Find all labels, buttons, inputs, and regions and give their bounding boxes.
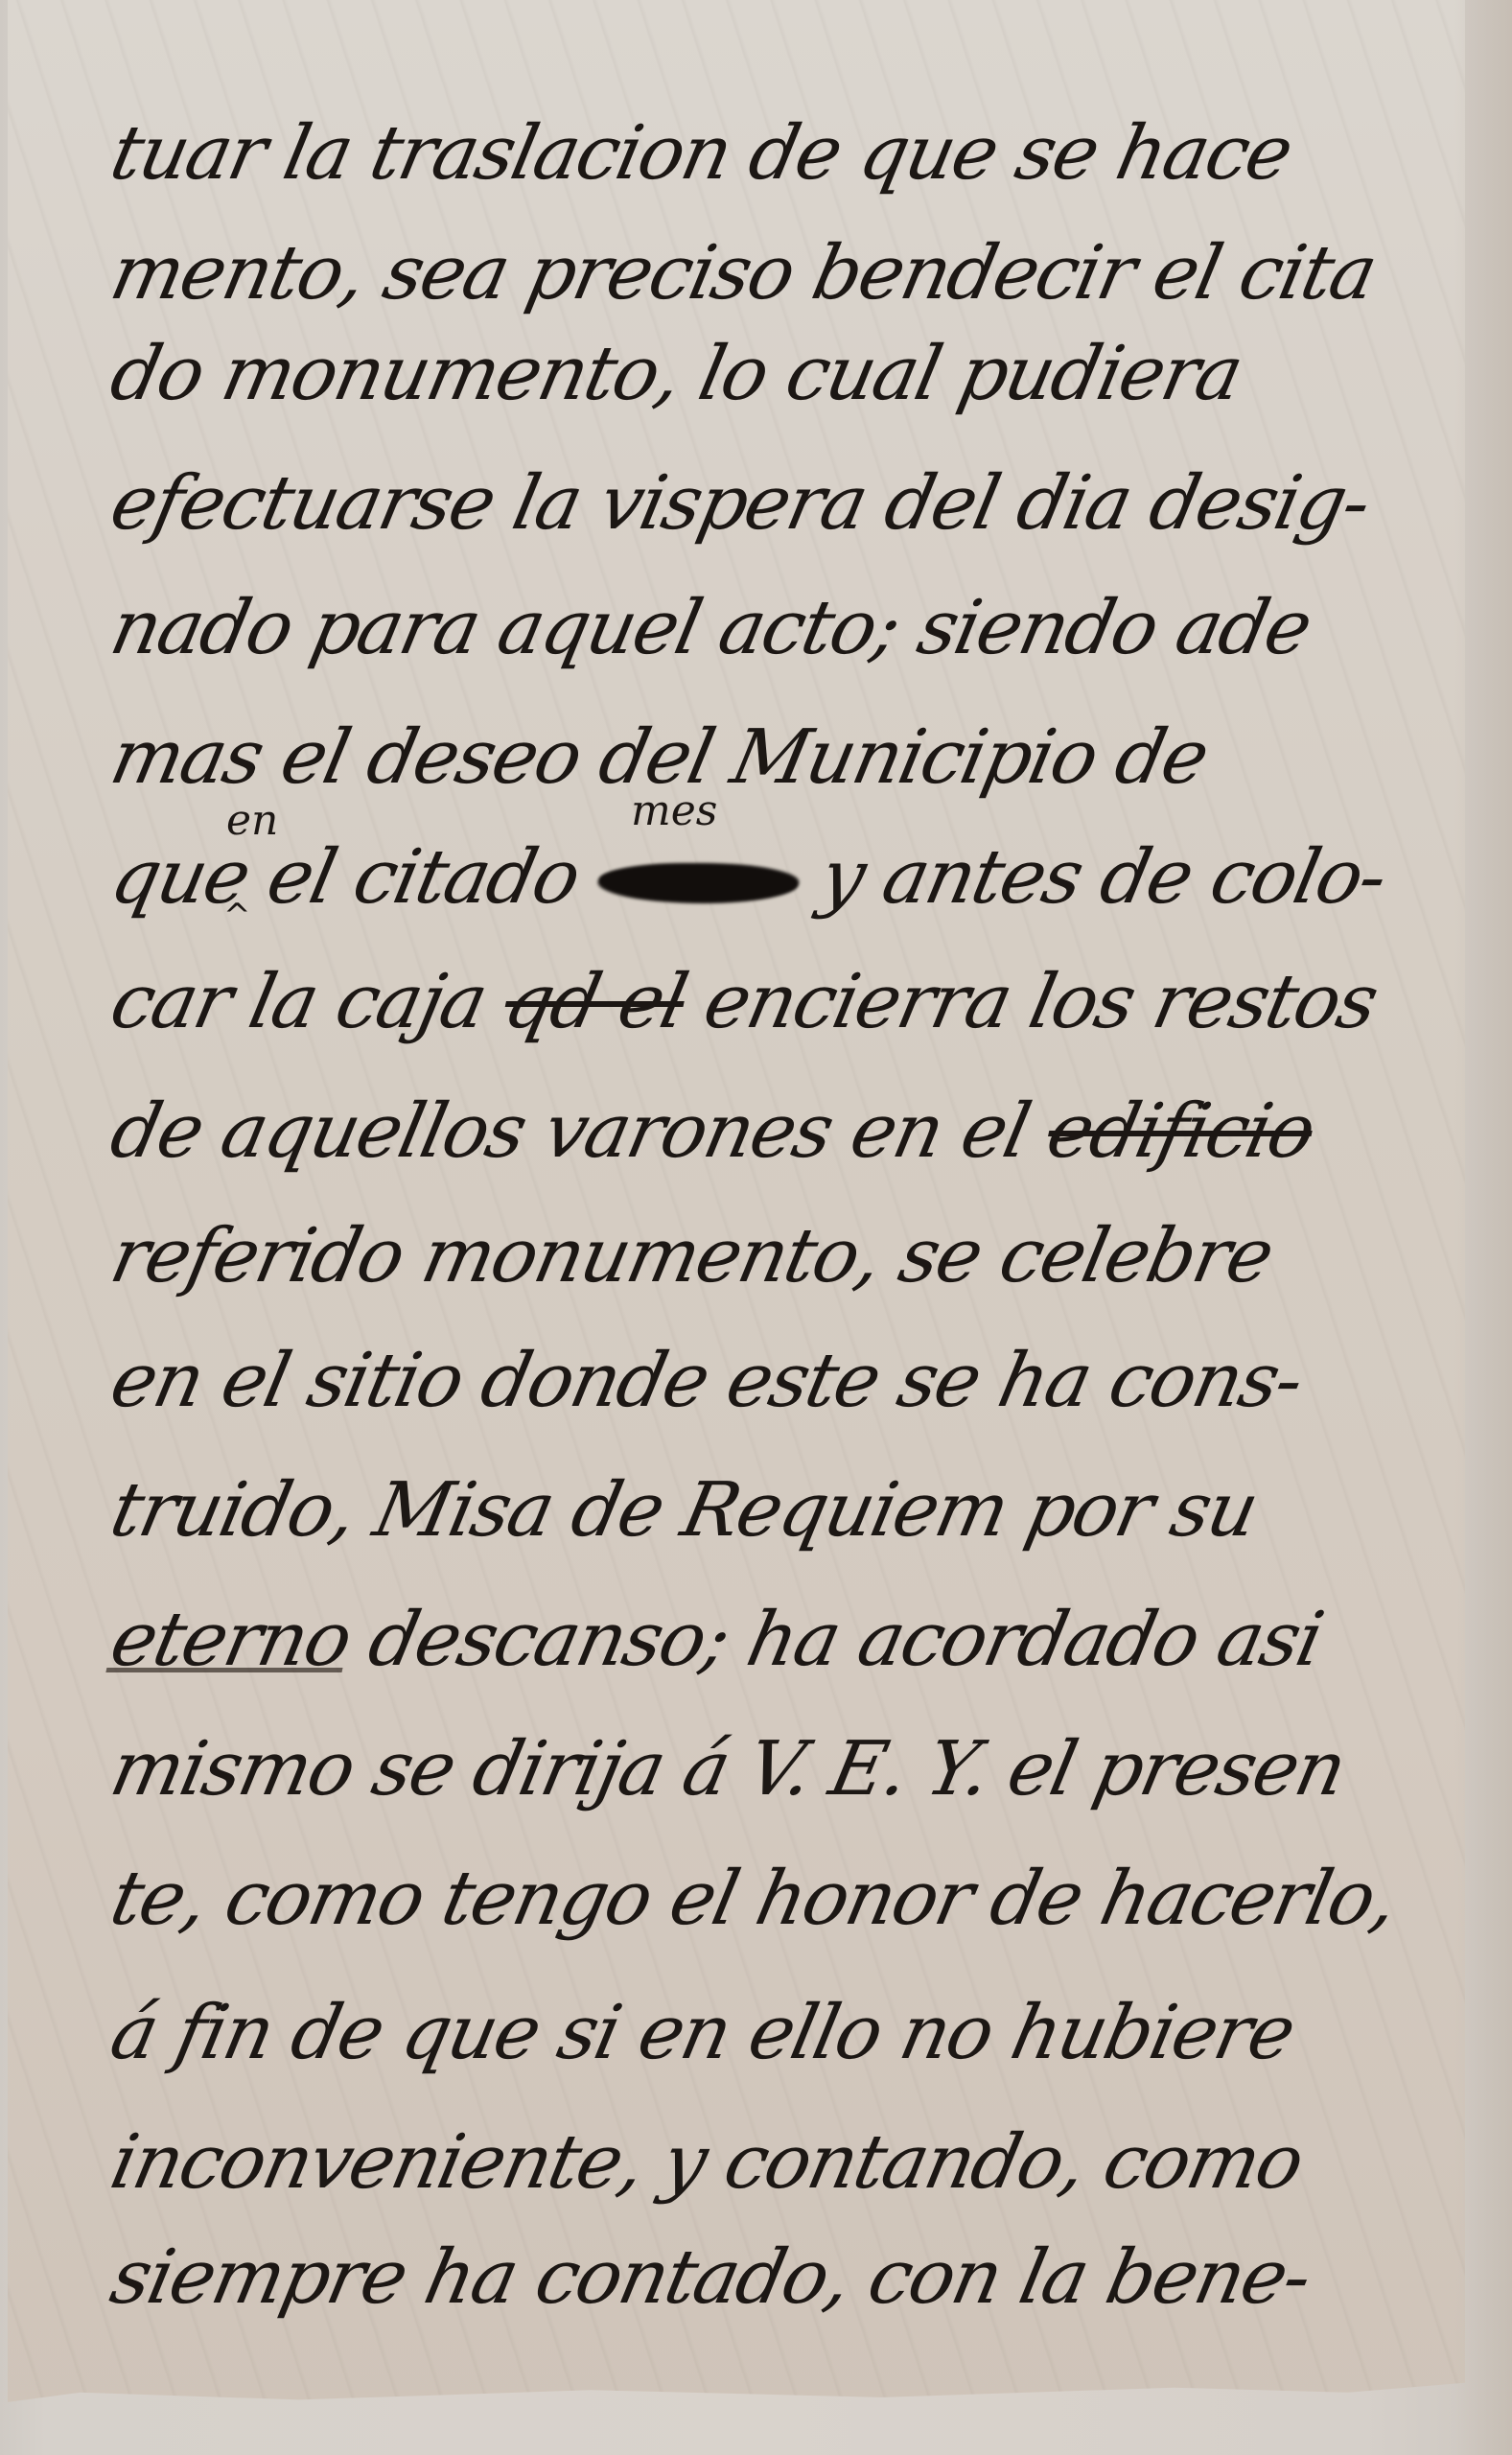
- manuscript-line-14: mismo se dirija á V. E. Y. el presen: [104, 1726, 1352, 1812]
- line-13-end: descanso; ha acordado asi: [339, 1597, 1329, 1683]
- manuscript-line-15: te, como tengo el honor de hacerlo,: [104, 1856, 1404, 1942]
- manuscript-line-16: á fin de que si en ello no hubiere: [104, 1990, 1301, 2076]
- manuscript-line-3: do monumento, lo cual pudiera: [104, 331, 1248, 417]
- manuscript-photo: tuar la traslacion de que se hace mento,…: [0, 0, 1512, 2455]
- struck-text: qd el: [497, 959, 693, 1045]
- line-7-mid: el citado: [238, 834, 608, 921]
- line-9-start: de aquellos varones en el: [104, 1088, 1058, 1175]
- manuscript-line-13: eterno descanso; ha acordado asi: [104, 1597, 1329, 1683]
- manuscript-line-18: siempre ha contado, con la bene-: [104, 2234, 1317, 2321]
- interlinear-insertion-en: en: [226, 796, 278, 845]
- insertion-caret-icon: ^: [223, 897, 251, 935]
- interlinear-insertion-mes: mes: [631, 786, 717, 835]
- manuscript-line-7: que el citado dia y antes de colo-: [104, 834, 1393, 921]
- struck-text: edificio: [1040, 1088, 1322, 1175]
- manuscript-line-17: inconveniente, y contando, como: [104, 2119, 1310, 2206]
- underlying-page-edge: [1454, 0, 1512, 2455]
- manuscript-line-1: tuar la traslacion de que se hace: [104, 110, 1298, 197]
- manuscript-line-5: nado para aquel acto; siendo ade: [104, 585, 1317, 671]
- manuscript-line-4: efectuarse la vispera del dia desig-: [104, 460, 1377, 547]
- line-8-end: encierra los restos: [675, 959, 1384, 1045]
- manuscript-line-12: truido, Misa de Requiem por su: [104, 1467, 1265, 1554]
- manuscript-line-9: de aquellos varones en el edificio: [104, 1088, 1321, 1175]
- line-7-end: y antes de colo-: [791, 834, 1393, 921]
- line-8-start: car la caja: [104, 959, 515, 1045]
- underlined-word: eterno: [104, 1597, 358, 1683]
- manuscript-line-2: mento, sea preciso bendecir el cita: [104, 230, 1383, 316]
- manuscript-line-10: referido monumento, se celebre: [104, 1213, 1279, 1299]
- manuscript-line-11: en el sitio donde este se ha cons-: [104, 1338, 1310, 1424]
- manuscript-line-8: car la caja qd el encierra los restos: [104, 959, 1384, 1045]
- manuscript-page: tuar la traslacion de que se hace mento,…: [8, 0, 1465, 2417]
- ink-blot-struck-word: dia: [593, 863, 803, 903]
